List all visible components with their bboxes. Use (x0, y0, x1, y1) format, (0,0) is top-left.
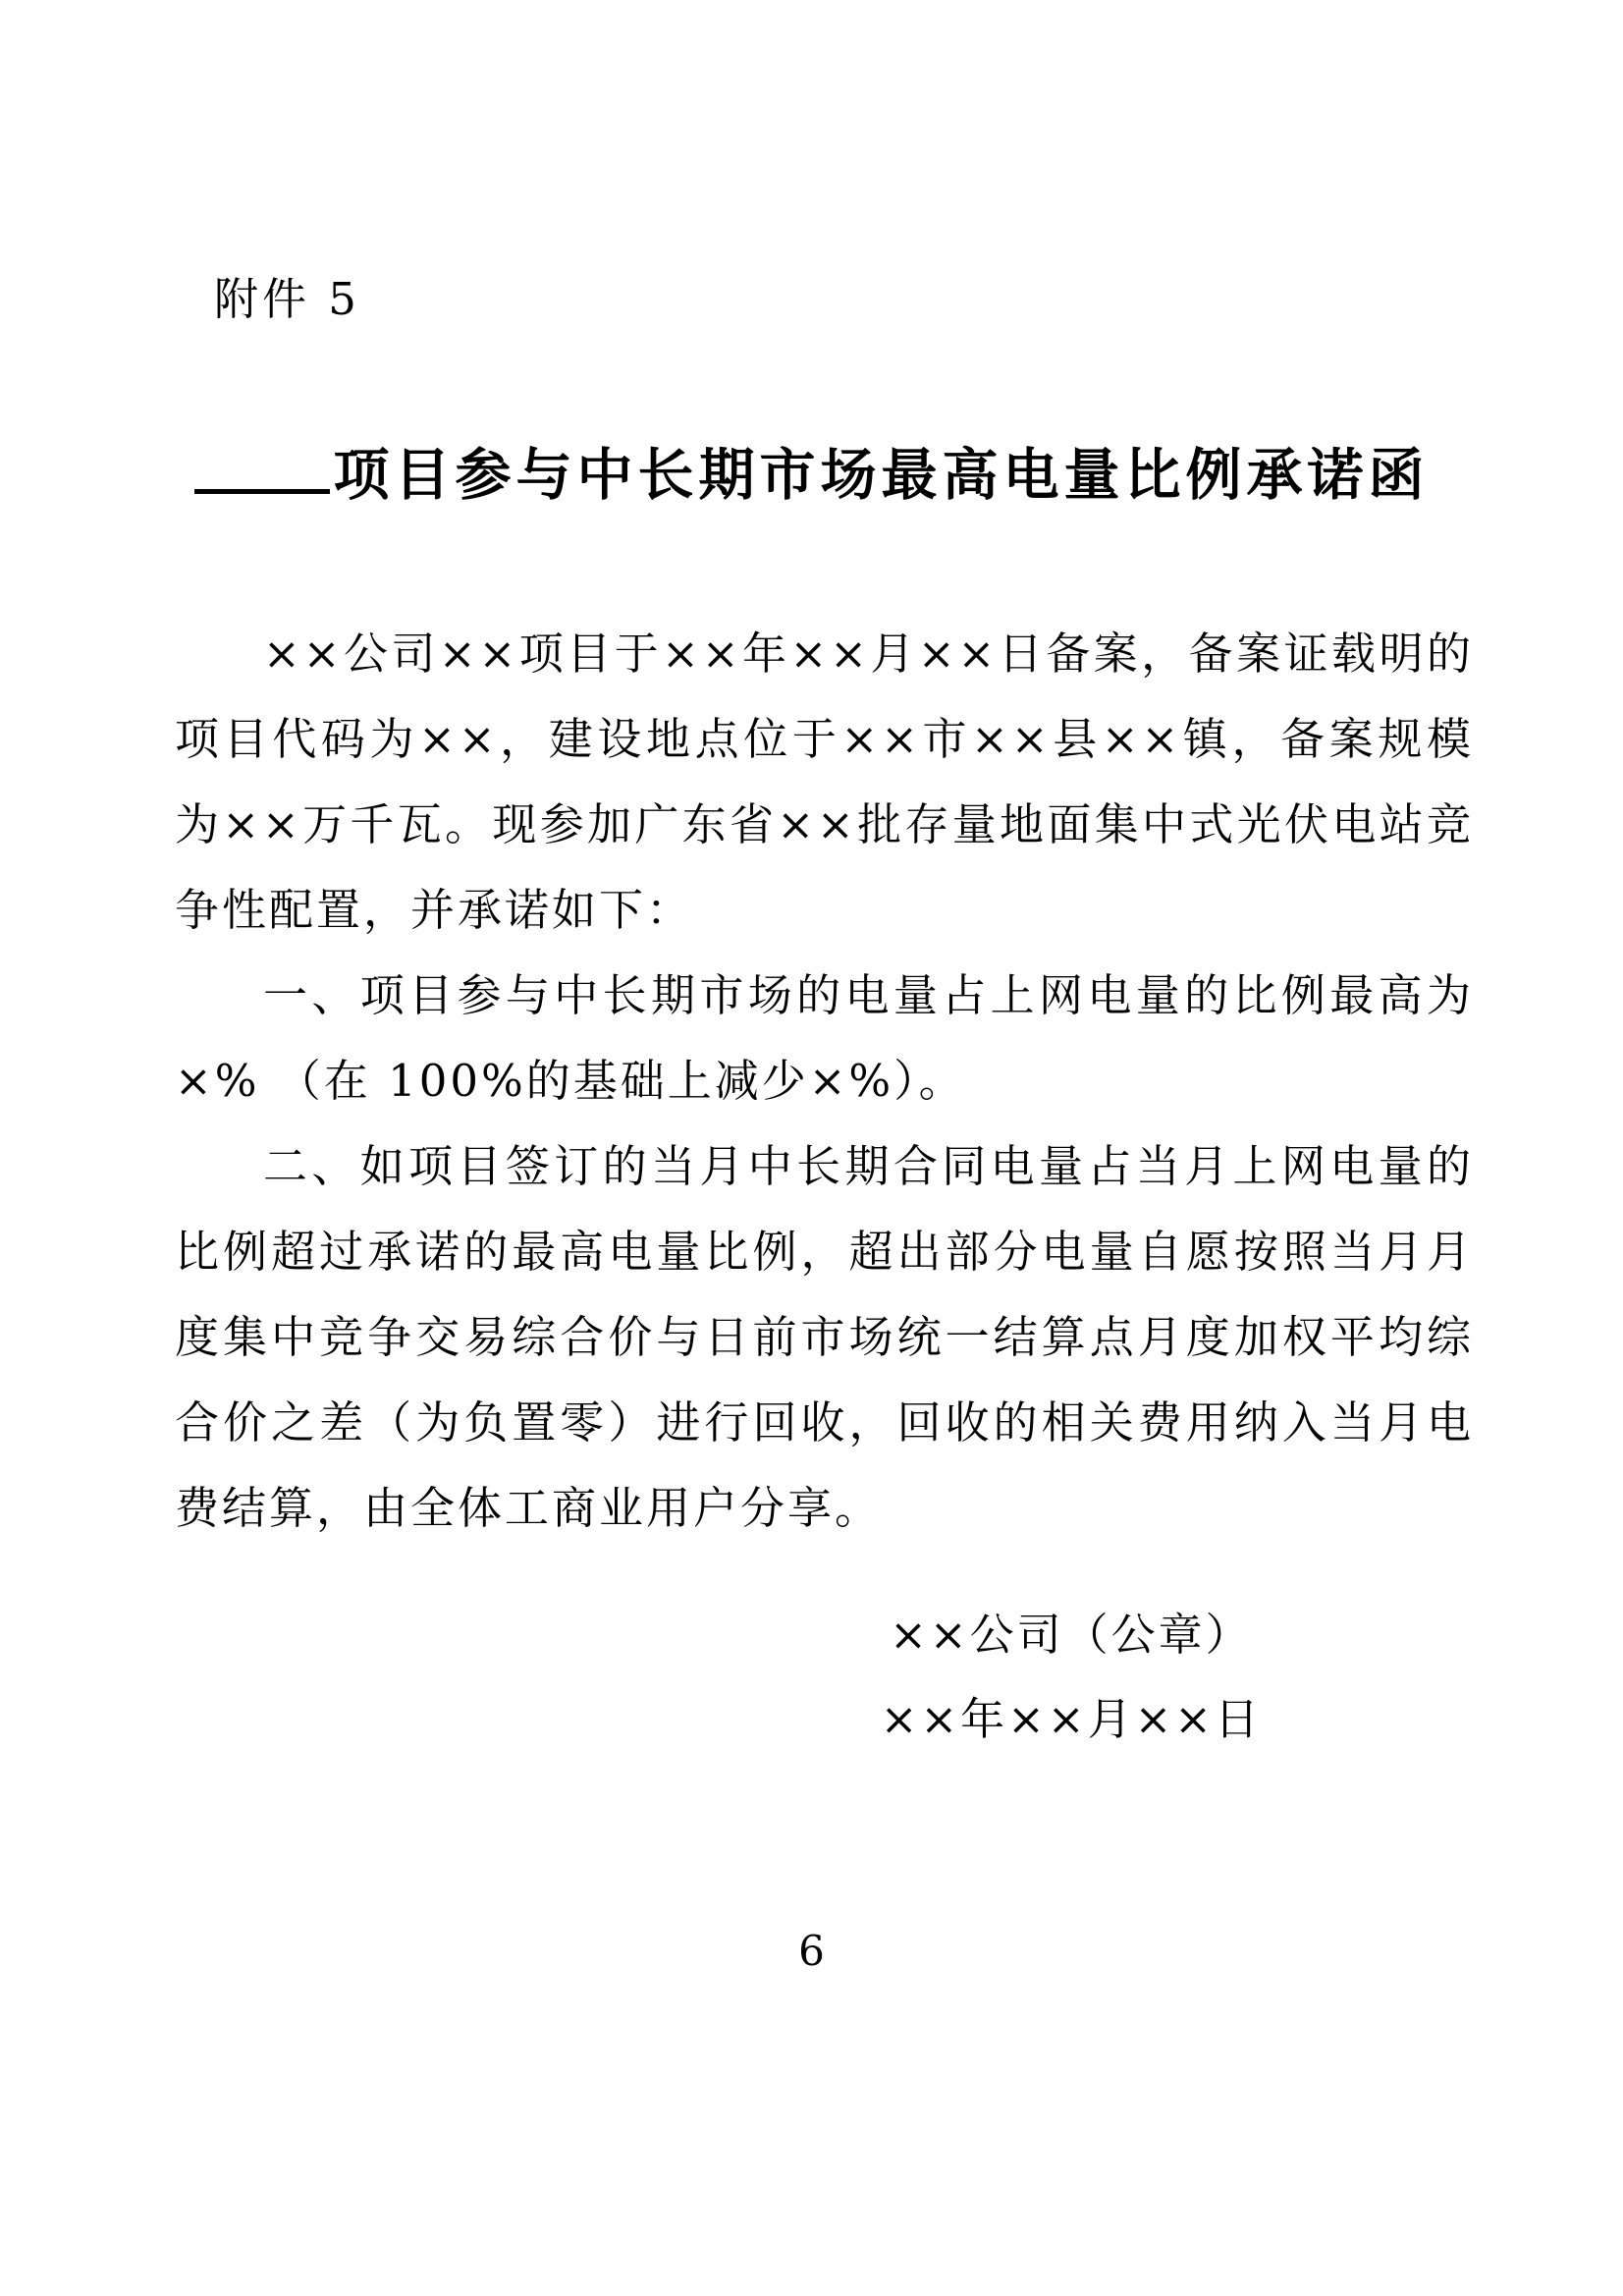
document-body: ××公司××项目于××年××月××日备案，备案证载明的项目代码为××，建设地点位… (175, 611, 1474, 1551)
signature-block: ××公司（公章） ××年××月××日 (881, 1593, 1262, 1762)
paragraph-intro: ××公司××项目于××年××月××日备案，备案证载明的项目代码为××，建设地点位… (175, 611, 1474, 953)
paragraph-item-1: 一、项目参与中长期市场的电量占上网电量的比例最高为×% （在 100%的基础上减… (175, 953, 1474, 1123)
document-page: 附件 5 项目参与中长期市场最高电量比例承诺函 ××公司××项目于××年××月×… (0, 0, 1623, 2296)
document-title-row: 项目参与中长期市场最高电量比例承诺函 (0, 430, 1623, 511)
title-blank-line (194, 436, 330, 494)
page-number: 6 (0, 1927, 1623, 1975)
page-title: 项目参与中长期市场最高电量比例承诺函 (334, 442, 1430, 508)
signature-company: ××公司（公章） (881, 1593, 1262, 1677)
attachment-label: 附件 5 (214, 263, 360, 327)
signature-date: ××年××月××日 (881, 1677, 1262, 1762)
paragraph-item-2: 二、如项目签订的当月中长期合同电量占当月上网电量的比例超过承诺的最高电量比例，超… (175, 1123, 1474, 1551)
